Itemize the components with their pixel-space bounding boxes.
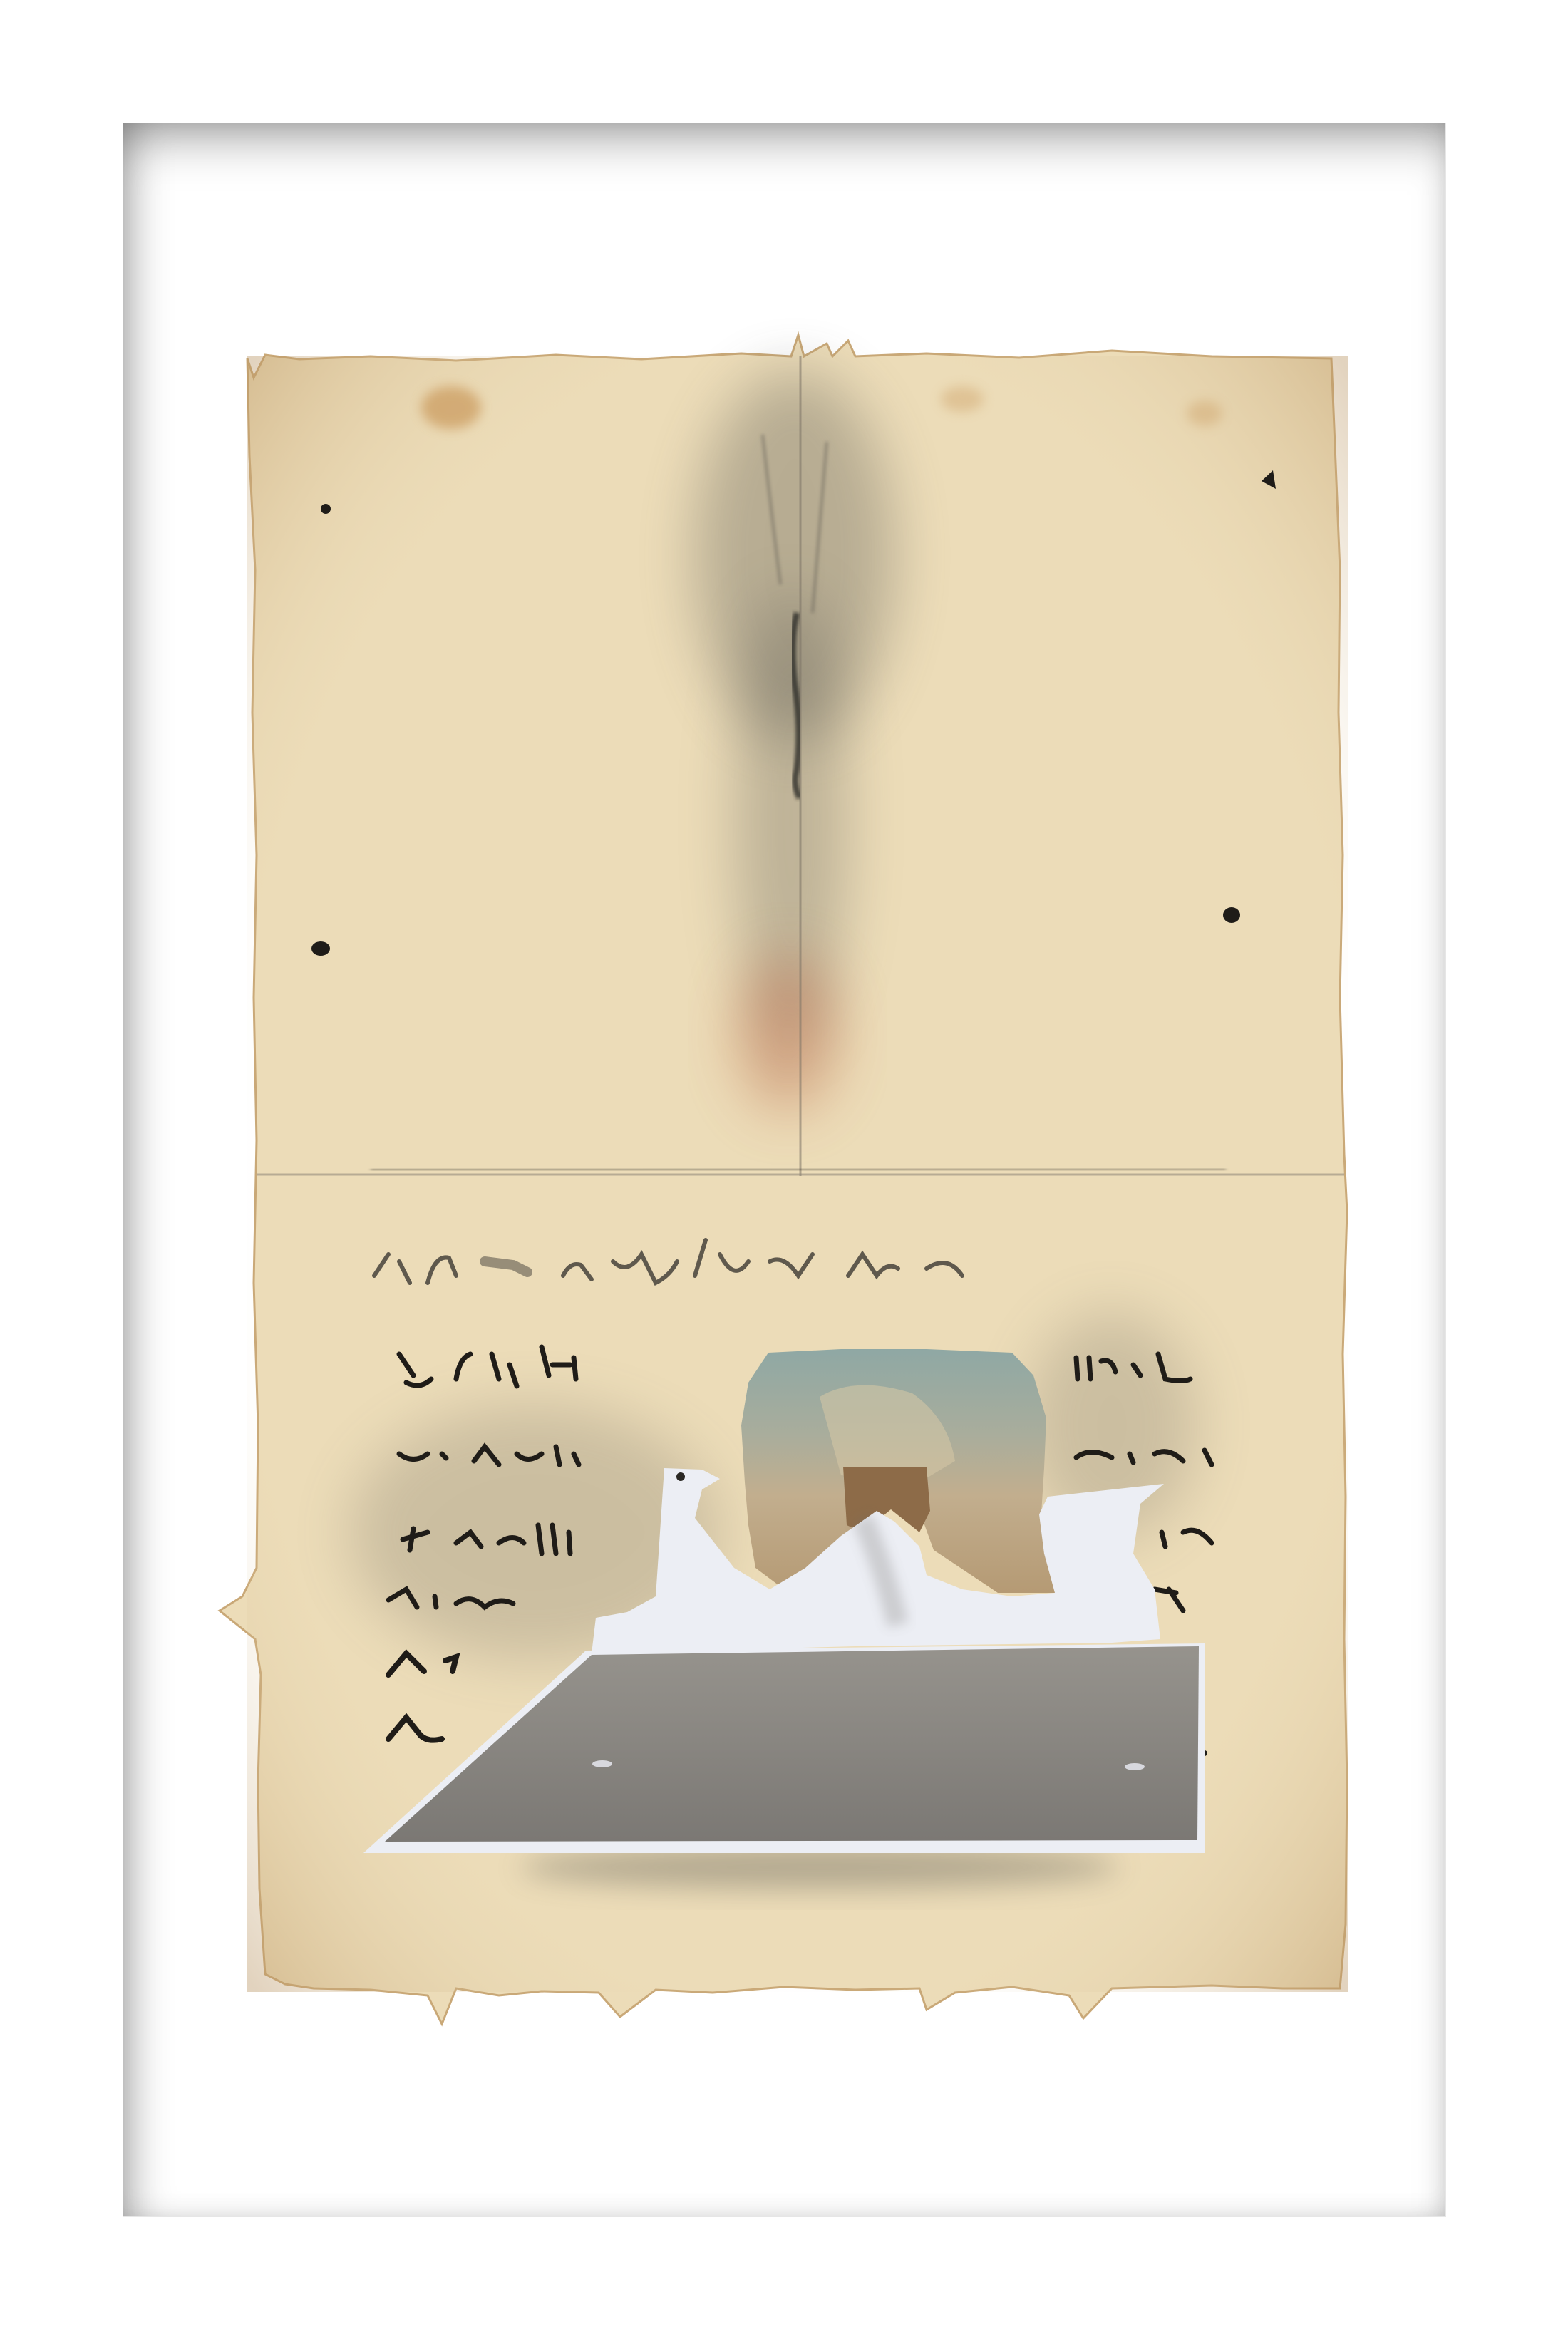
artwork-paper [0,0,1568,2339]
ink-dot [311,941,330,956]
artwork-canvas [0,0,1568,2339]
stain-spot [421,386,481,429]
ink-dot [321,504,331,514]
ink-dot [1223,907,1240,923]
